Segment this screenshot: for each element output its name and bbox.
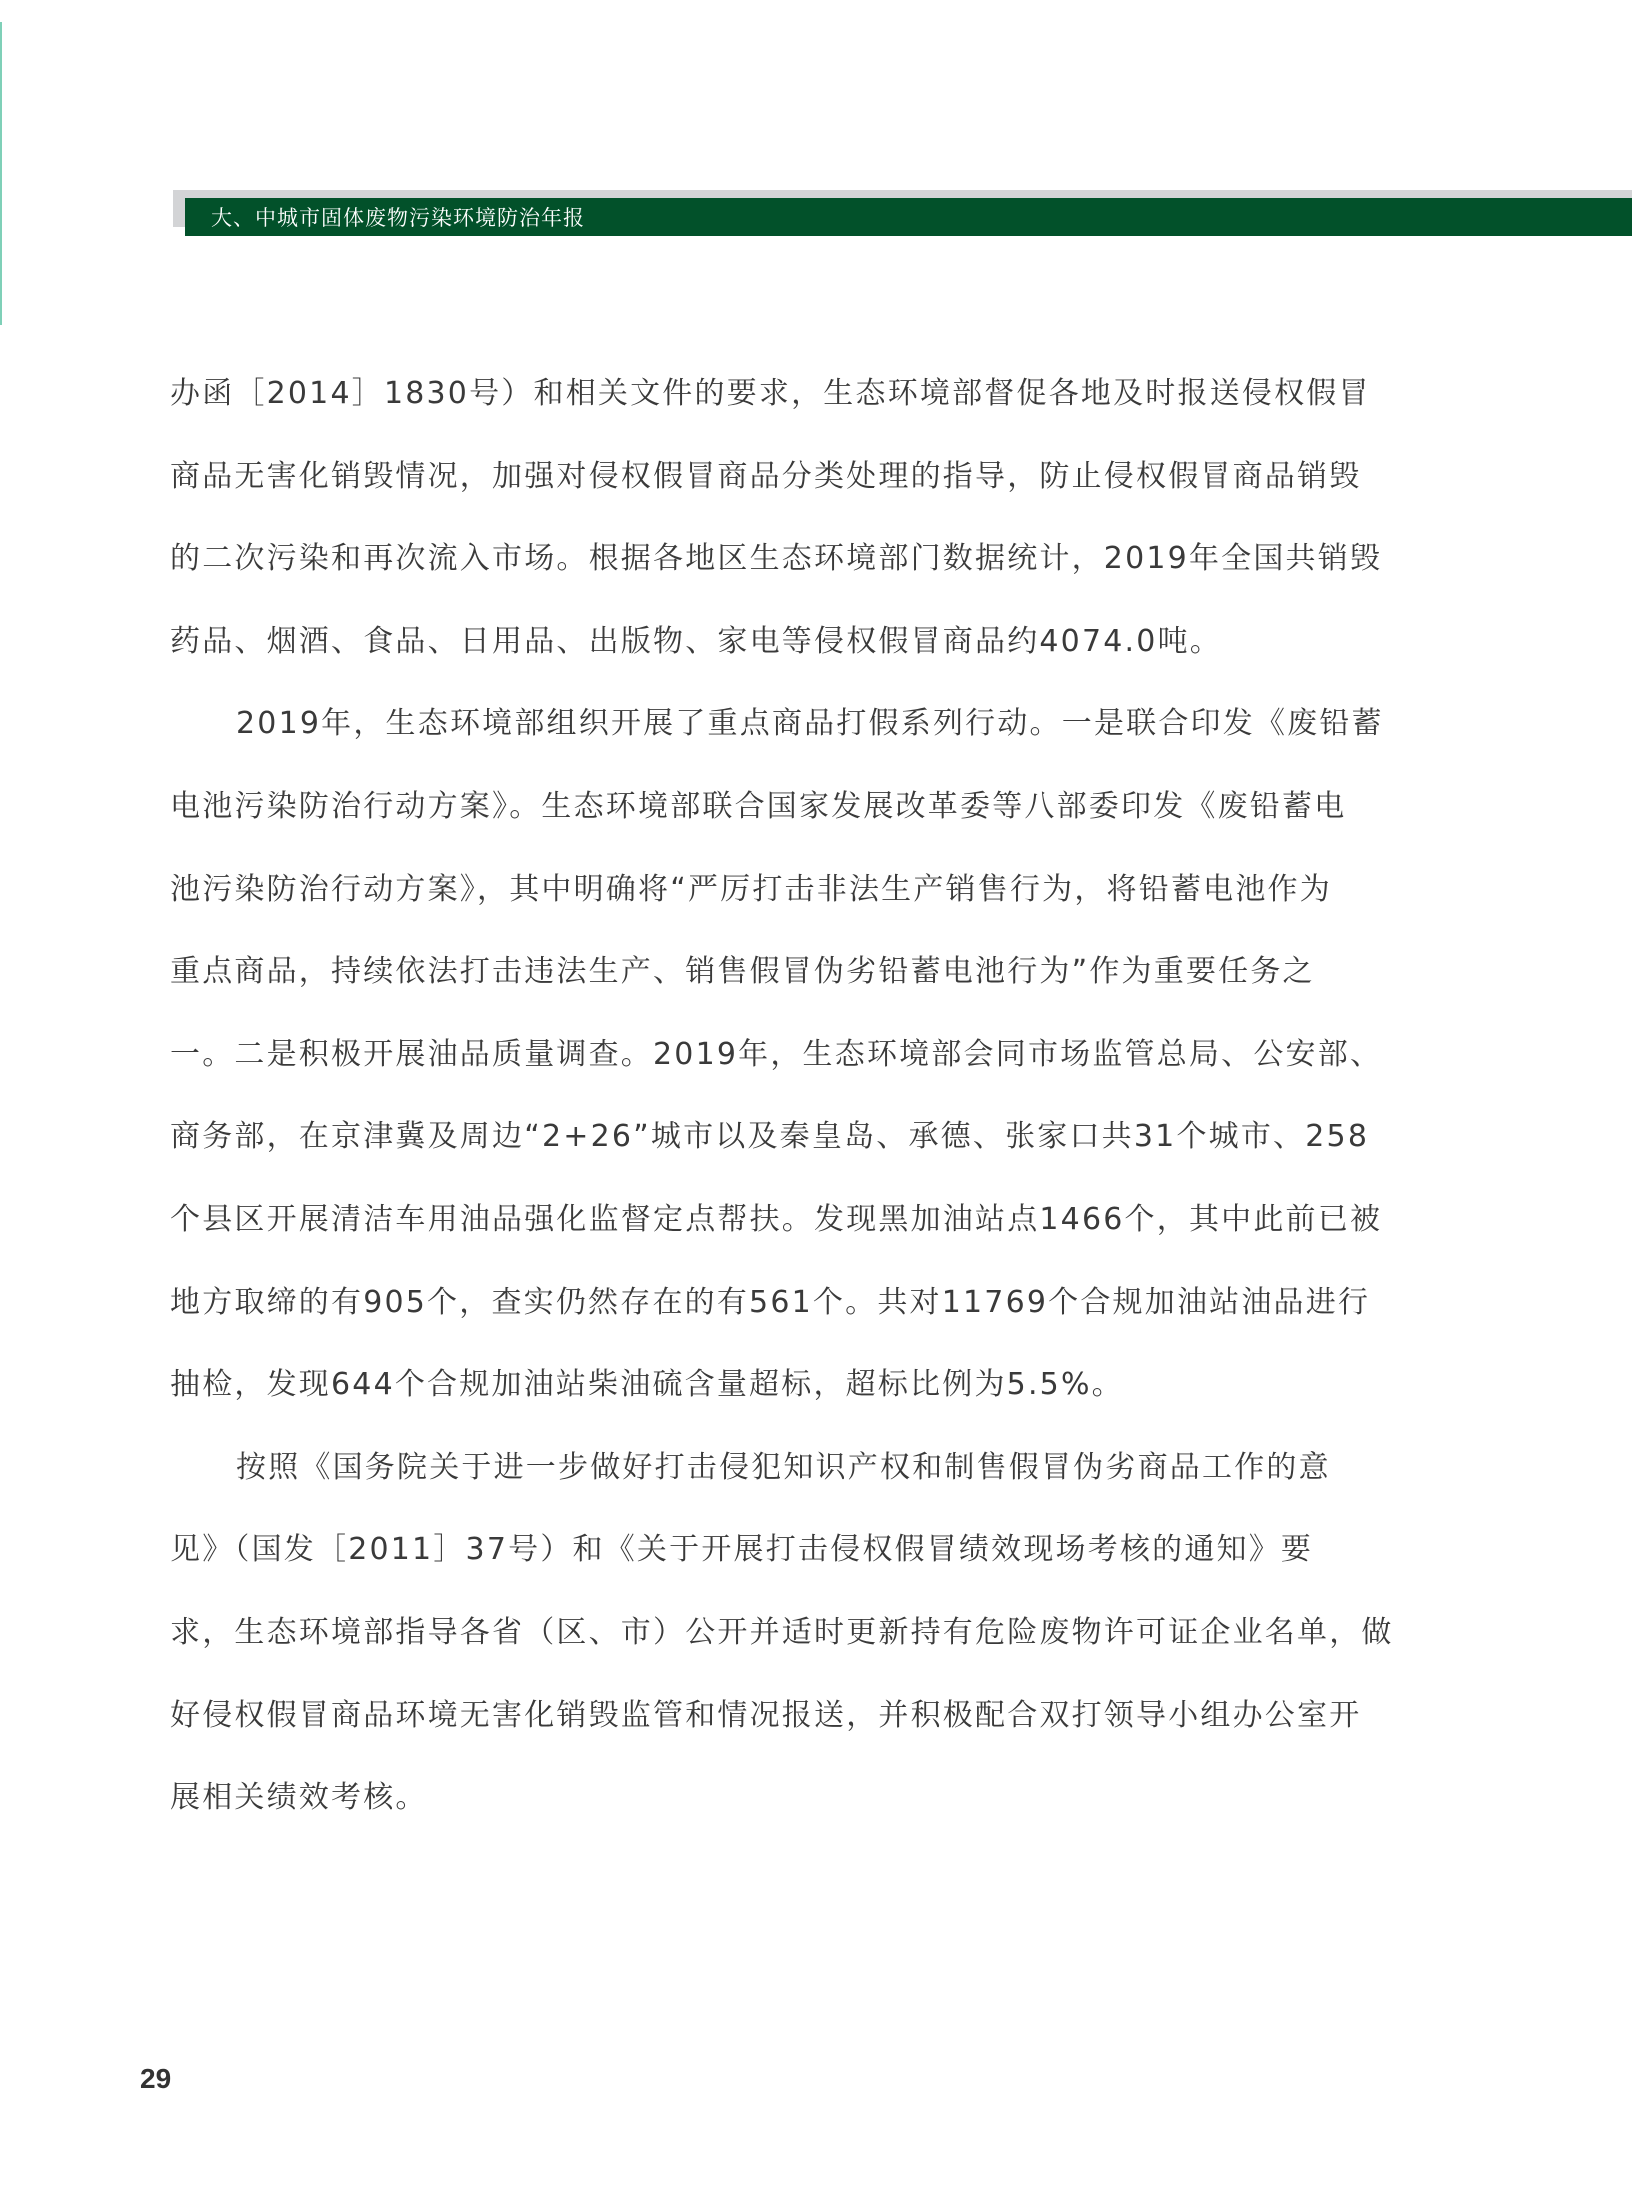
text-line: 2019年，生态环境部组织开展了重点商品打假系列行动。一是联合印发《废铅蓄 — [170, 691, 1400, 774]
section-header-band: 大、中城市固体废物污染环境防治年报 — [185, 198, 1632, 236]
text-line: 商品无害化销毁情况，加强对侵权假冒商品分类处理的指导，防止侵权假冒商品销毁 — [170, 444, 1400, 527]
text-line: 电池污染防治行动方案》。生态环境部联合国家发展改革委等八部委印发《废铅蓄电 — [170, 774, 1400, 857]
text-line: 重点商品，持续依法打击违法生产、销售假冒伪劣铅蓄电池行为”作为重要任务之 — [170, 939, 1400, 1022]
body-text: 办函［2014］1830号）和相关文件的要求，生态环境部督促各地及时报送侵权假冒… — [170, 361, 1400, 1848]
text-line: 一。二是积极开展油品质量调查。2019年，生态环境部会同市场监管总局、公安部、 — [170, 1022, 1400, 1105]
paragraph-3: 按照《国务院关于进一步做好打击侵犯知识产权和制售假冒伪劣商品工作的意 见》（国发… — [170, 1435, 1400, 1848]
section-title: 大、中城市固体废物污染环境防治年报 — [211, 202, 585, 232]
text-line: 药品、烟酒、食品、日用品、出版物、家电等侵权假冒商品约4074.0吨。 — [170, 609, 1400, 692]
text-line: 商务部，在京津冀及周边“2+26”城市以及秦皇岛、承德、张家口共31个城市、25… — [170, 1104, 1400, 1187]
paragraph-2: 2019年，生态环境部组织开展了重点商品打假系列行动。一是联合印发《废铅蓄 电池… — [170, 691, 1400, 1434]
page-edge-accent-line — [0, 22, 2, 325]
text-line: 池污染防治行动方案》，其中明确将“严厉打击非法生产销售行为，将铅蓄电池作为 — [170, 857, 1400, 940]
text-line: 的二次污染和再次流入市场。根据各地区生态环境部门数据统计，2019年全国共销毁 — [170, 526, 1400, 609]
text-line: 办函［2014］1830号）和相关文件的要求，生态环境部督促各地及时报送侵权假冒 — [170, 361, 1400, 444]
paragraph-1: 办函［2014］1830号）和相关文件的要求，生态环境部督促各地及时报送侵权假冒… — [170, 361, 1400, 691]
text-line: 抽检，发现644个合规加油站柴油硫含量超标，超标比例为5.5%。 — [170, 1352, 1400, 1435]
text-line: 见》（国发［2011］37号）和《关于开展打击侵权假冒绩效现场考核的通知》要 — [170, 1517, 1400, 1600]
text-line: 展相关绩效考核。 — [170, 1765, 1400, 1848]
text-line: 好侵权假冒商品环境无害化销毁监管和情况报送，并积极配合双打领导小组办公室开 — [170, 1683, 1400, 1766]
text-line: 求，生态环境部指导各省（区、市）公开并适时更新持有危险废物许可证企业名单，做 — [170, 1600, 1400, 1683]
text-line: 地方取缔的有905个，查实仍然存在的有561个。共对11769个合规加油站油品进… — [170, 1270, 1400, 1353]
text-line: 按照《国务院关于进一步做好打击侵犯知识产权和制售假冒伪劣商品工作的意 — [170, 1435, 1400, 1518]
page-number: 29 — [140, 2063, 171, 2095]
text-line: 个县区开展清洁车用油品强化监督定点帮扶。发现黑加油站点1466个，其中此前已被 — [170, 1187, 1400, 1270]
